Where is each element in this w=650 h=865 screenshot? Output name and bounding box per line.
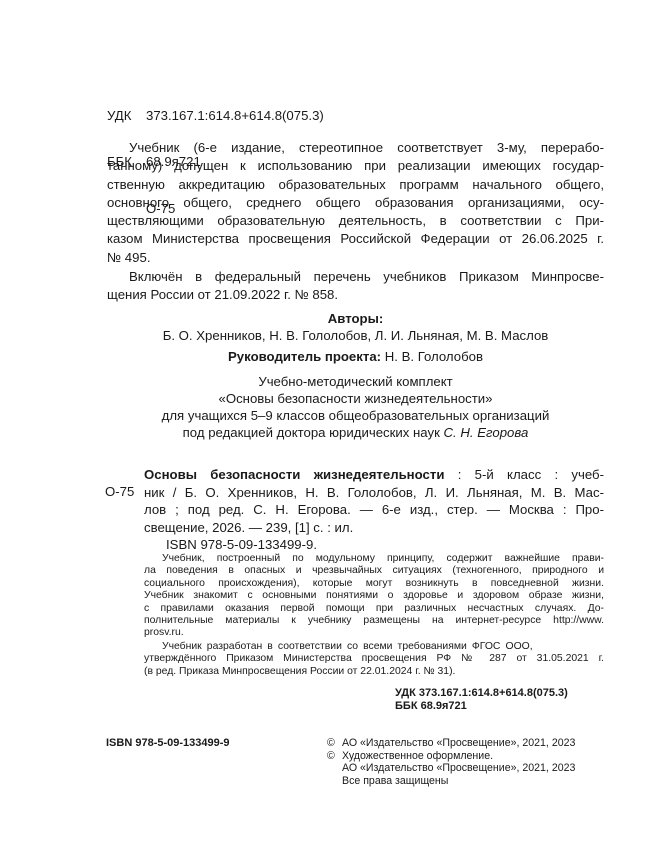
bib-author-mark: О-75 [105, 484, 134, 499]
bibliography-entry: Основы безопасности жизнедеятельности : … [144, 466, 604, 554]
federal-list-line: щения России от 21.09.2022 г. № 858. [107, 286, 604, 304]
copyright-design: Художественное оформление. [342, 750, 493, 763]
udk-row: УДК373.167.1:614.8+614.8(075.3) [107, 108, 324, 123]
approval-line: Учебник (6-е издание, стереотипное соотв… [107, 139, 604, 157]
copyright-row: ©Художественное оформление. [327, 750, 575, 763]
series-line: для учащихся 5–9 классов общеобразовател… [107, 407, 604, 424]
bottom-udk: УДК 373.167.1:614.8+614.8(075.3) [395, 687, 568, 700]
bib-line: лов ; под ред. С. Н. Егорова. — 6-е изд.… [144, 501, 604, 519]
project-lead-label: Руководитель проекта: [228, 349, 381, 364]
approval-line: ществляющими образовательную деятельност… [107, 212, 604, 230]
series-block: Учебно-методический комплект «Основы без… [107, 373, 604, 441]
project-lead-name: Н. В. Гололобов [385, 349, 483, 364]
annotation-line: Учебник, построенный по модульному принц… [144, 553, 604, 565]
standard-line: утверждённого Приказом Министерства прос… [144, 653, 604, 665]
federal-list-paragraph: Включён в федеральный перечень учебников… [107, 268, 604, 305]
bib-isbn: ISBN 978-5-09-133499-9. [144, 536, 604, 554]
approval-paragraph: Учебник (6-е издание, стереотипное соотв… [107, 139, 604, 267]
isbn-bold: ISBN 978-5-09-133499-9 [106, 737, 230, 750]
approval-line: № 495. [107, 249, 604, 267]
bottom-bbk: ББК 68.9я721 [395, 700, 568, 713]
authors-names: Б. О. Хренников, Н. В. Гололобов, Л. И. … [107, 327, 604, 344]
udk-label: УДК [107, 108, 146, 123]
project-lead: Руководитель проекта: Н. В. Гололобов [107, 348, 604, 365]
authors-block: Авторы: Б. О. Хренников, Н. В. Гололобов… [107, 310, 604, 344]
series-editor-prefix: под редакцией доктора юридических наук [183, 425, 440, 440]
approval-line: ственную аккредитацию образовательных пр… [107, 176, 604, 194]
copyright-icon: © [327, 750, 342, 763]
series-line: Учебно-методический комплект [107, 373, 604, 390]
bib-line-rest: : 5-й класс : учеб- [444, 467, 604, 482]
copyright-publisher: АО «Издательство «Просвещение», 2021, 20… [342, 737, 575, 750]
copyright-icon: © [327, 737, 342, 750]
copyright-row: АО «Издательство «Просвещение», 2021, 20… [327, 762, 575, 775]
series-editor-line: под редакцией доктора юридических наук С… [107, 424, 604, 441]
bib-line: ник / Б. О. Хренников, Н. В. Гололобов, … [144, 484, 604, 502]
annotation-line: социального происхождения), которые могу… [144, 578, 604, 590]
approval-line: танному) допущен к использованию при реа… [107, 157, 604, 175]
standard-paragraph: Учебник разработан в соответствии со все… [144, 641, 604, 678]
approval-line: казом Министерства просвещения Российско… [107, 230, 604, 248]
copyright-row: ©АО «Издательство «Просвещение», 2021, 2… [327, 737, 575, 750]
copyright-publisher-design: АО «Издательство «Просвещение», 2021, 20… [342, 762, 575, 775]
approval-line: основного общего, среднего общего образо… [107, 194, 604, 212]
standard-line: Учебник разработан в соответствии со все… [144, 641, 604, 653]
annotation-line: полнительные материалы к учебнику размещ… [144, 615, 604, 627]
annotation-paragraph: Учебник, построенный по модульному принц… [144, 553, 604, 640]
rights-reserved: Все права защищены [342, 775, 448, 788]
bib-line: свещение, 2026. — 239, [1] с. : ил. [144, 519, 604, 537]
authors-heading: Авторы: [107, 310, 604, 327]
bottom-classification: УДК 373.167.1:614.8+614.8(075.3) ББК 68.… [395, 687, 568, 713]
annotation-line: с правилами оказания первой помощи при р… [144, 603, 604, 615]
federal-list-line: Включён в федеральный перечень учебников… [107, 268, 604, 286]
annotation-line: prosv.ru. [144, 627, 604, 639]
annotation-line: Учебник знакомит с основными понятиями о… [144, 590, 604, 602]
bib-line: Основы безопасности жизнедеятельности : … [144, 466, 604, 484]
copyright-row: Все права защищены [327, 775, 575, 788]
book-title: Основы безопасности жизнедеятельности [144, 467, 444, 482]
standard-line: (в ред. Приказа Минпросвещения России от… [144, 666, 604, 678]
annotation-line: ла поведения в опасных и чрезвычайных си… [144, 565, 604, 577]
udk-value: 373.167.1:614.8+614.8(075.3) [146, 108, 324, 123]
series-editor-name: С. Н. Егорова [444, 425, 529, 440]
series-title: «Основы безопасности жизнедеятельности» [107, 390, 604, 407]
copyright-block: ©АО «Издательство «Просвещение», 2021, 2… [327, 737, 575, 787]
